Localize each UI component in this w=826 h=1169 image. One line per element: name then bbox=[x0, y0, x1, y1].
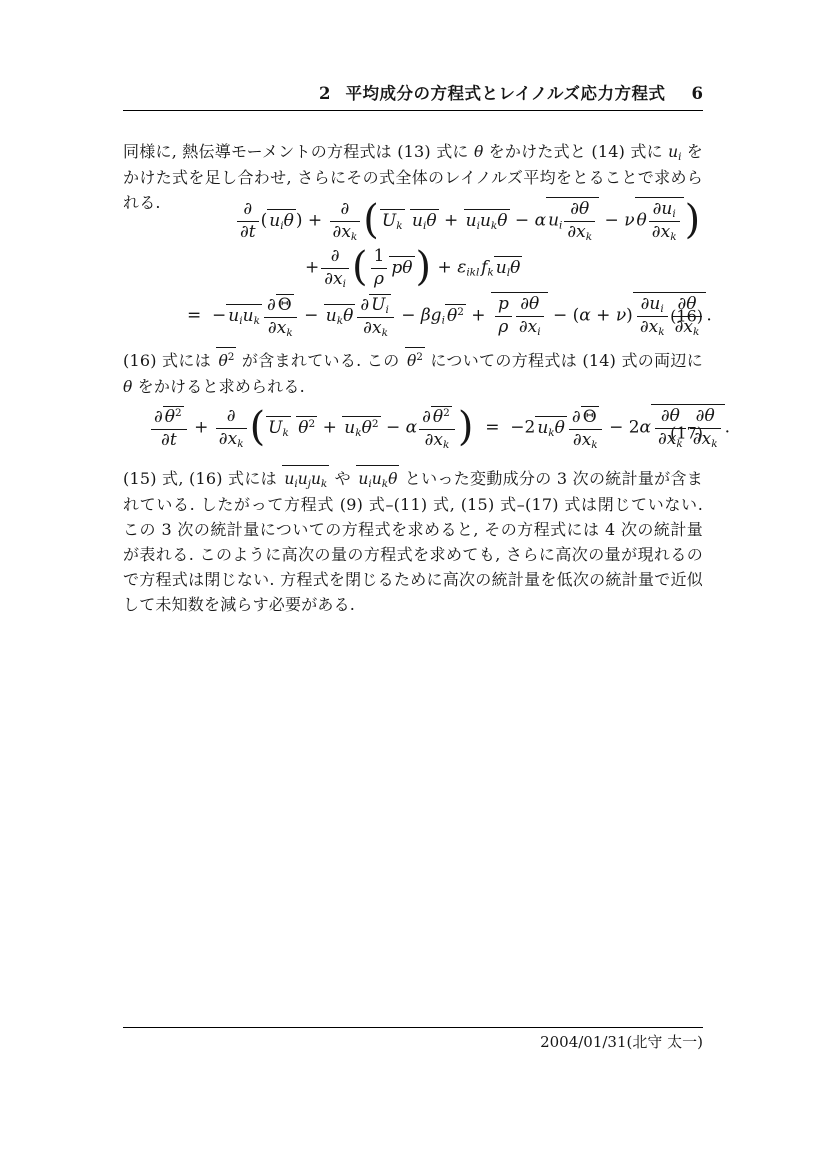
section-number: 2 bbox=[319, 84, 330, 104]
paragraph-3: (15) 式, (16) 式には uiujuk や uiukθ といった変動成分… bbox=[123, 465, 703, 617]
paragraph-2: (16) 式には θ2 が含まれている. この θ2 についての方程式は (14… bbox=[123, 347, 703, 400]
equation-16-line-1: ∂∂t(uiθ) + ∂∂xk(Uk uiθ + uiukθ − αui∂θ∂x… bbox=[123, 196, 703, 244]
footer-rule bbox=[123, 1027, 703, 1028]
equation-16-line-1-math: ∂∂t(uiθ) + ∂∂xk(Uk uiθ + uiukθ − αui∂θ∂x… bbox=[235, 197, 701, 243]
equation-16-number: (16) bbox=[670, 307, 703, 326]
page: { "document": { "header": { "section_num… bbox=[0, 0, 826, 1169]
equation-16-line-2-math: +∂∂xi(1ρpθ) + εikl fkulθ bbox=[305, 246, 522, 290]
footer-date-author: 2004/01/31(北守 太一) bbox=[123, 1031, 703, 1053]
equation-16-line-3-math: = −uiuk∂Θ∂xk − ukθ∂Ui∂xk − βgiθ2 + pρ∂θ∂… bbox=[187, 292, 712, 339]
equation-17-math: ∂θ2∂t + ∂∂xk(Uk θ2 + ukθ2 − α∂θ2∂xk) = −… bbox=[149, 404, 730, 462]
equation-16-line-3: = −uiuk∂Θ∂xk − ukθ∂Ui∂xk − βgiθ2 + pρ∂θ∂… bbox=[123, 292, 703, 340]
section-header: 2 平均成分の方程式とレイノルズ応力方程式 6 bbox=[123, 84, 703, 111]
equation-17: ∂θ2∂t + ∂∂xk(Uk θ2 + ukθ2 − α∂θ2∂xk) = −… bbox=[123, 404, 703, 462]
equation-17-number: (17) bbox=[670, 424, 703, 443]
equation-16-line-2: +∂∂xi(1ρpθ) + εikl fkulθ bbox=[123, 244, 703, 292]
section-title: 平均成分の方程式とレイノルズ応力方程式 bbox=[345, 84, 665, 104]
equation-17-line-1: ∂θ2∂t + ∂∂xk(Uk θ2 + ukθ2 − α∂θ2∂xk) = −… bbox=[123, 404, 703, 462]
equation-16: ∂∂t(uiθ) + ∂∂xk(Uk uiθ + uiukθ − αui∂θ∂x… bbox=[123, 196, 703, 340]
page-number: 6 bbox=[692, 84, 703, 104]
